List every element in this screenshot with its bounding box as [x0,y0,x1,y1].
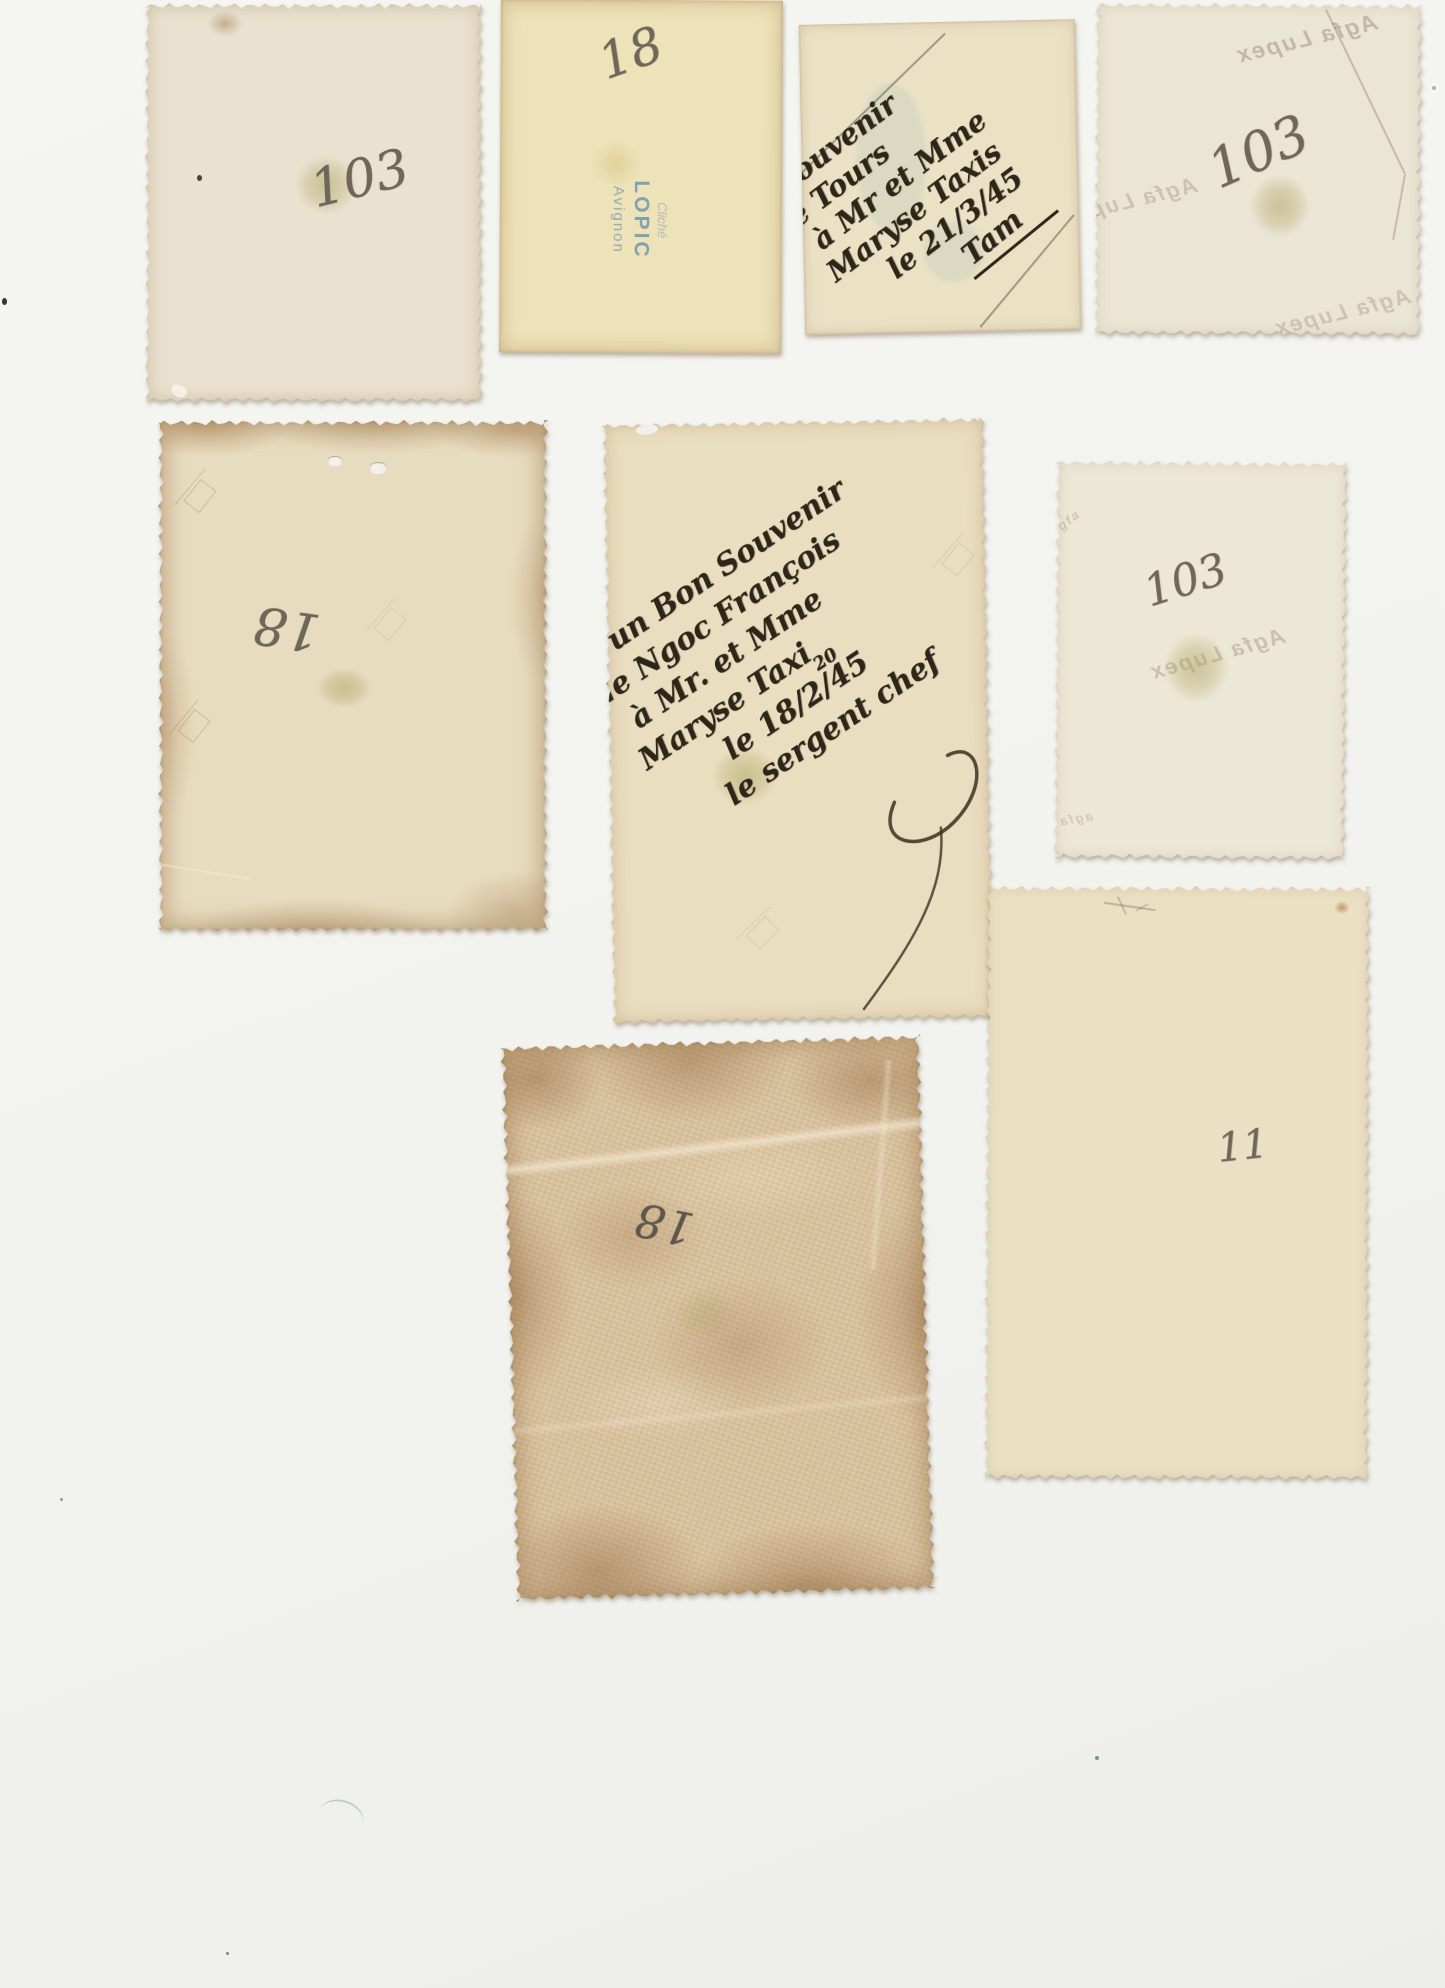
crease-line [1392,175,1406,240]
paper-chip [370,462,386,474]
dust-speck [1432,86,1436,90]
photo-back-7: agfa agfa Agfa Lupex 103 [1054,460,1349,861]
deckled-paper: 18 [158,420,548,932]
adhesive-stain [316,668,372,708]
photo-back-2: 18 Cliché LOPIC Avignon [499,0,783,354]
deckled-paper: 103 [145,3,483,403]
agfa-lupex-watermark: Agfa Lupex [1272,285,1413,337]
photo-back-1: 103 [145,3,483,403]
ink-dedication: un Bon Souvenir de Ngoc François à Mr. e… [602,417,995,869]
pencil-number: 11 [1215,1124,1270,1169]
straight-cut-paper: Souvenir de Tours à Mr et Mme Maryse Tax… [799,19,1081,335]
faint-teal-mark [314,1794,369,1842]
stamp-line: LOPIC [627,155,654,285]
foxing-blotch [1334,901,1350,915]
pencil-number: 103 [1139,547,1232,614]
straight-cut-paper: 18 Cliché LOPIC Avignon [499,0,783,354]
edge-toning [984,885,1371,1480]
agfa-watermark-small: agfa [1057,809,1093,828]
agfa-lupex-watermark: Agfa Lupex [1233,10,1380,67]
photo-back-6: un Bon Souvenir de Ngoc François à Mr. e… [602,417,995,1026]
photo-back-9: 11 [984,885,1371,1480]
photo-back-5: 18 [158,420,548,932]
agfa-watermark-small: agfa [1054,507,1083,538]
stamp-line: Cliché [653,155,670,285]
corner-chip [635,423,658,436]
green-speck [1095,1756,1099,1760]
deckled-paper: 11 [984,885,1371,1480]
corner-fold [169,382,189,400]
foxing-blotch [207,11,243,37]
pencil-number: 103 [305,142,414,216]
deckled-paper: 18 [500,1034,935,1602]
adhesive-stain [1163,633,1229,703]
dust-speck [60,1498,63,1501]
ink-dedication: Souvenir de Tours à Mr et Mme Maryse Tax… [799,19,1081,335]
dust-speck [2,298,7,305]
ghost-stamp-mark [737,906,786,956]
pencil-number: 18 [592,19,669,88]
photo-back-3: Souvenir de Tours à Mr et Mme Maryse Tax… [799,19,1081,335]
photographer-stamp: Cliché LOPIC Avignon [579,155,670,285]
agfa-lupex-watermark: Agfa Lupex [1094,174,1199,228]
deckled-paper: agfa agfa Agfa Lupex 103 [1054,460,1349,861]
stamp-line: Avignon [608,155,627,285]
deckled-paper: un Bon Souvenir de Ngoc François à Mr. e… [602,417,995,1026]
pencil-number: 18 [631,1196,697,1253]
photo-back-4: Agfa Lupex Agfa Lupex Agfa Lupex 103 [1094,2,1423,337]
photo-back-8: 18 [500,1034,935,1602]
dust-speck [226,1952,229,1955]
deckled-paper: Agfa Lupex Agfa Lupex Agfa Lupex 103 [1094,2,1423,337]
scanner-bed: 103 18 Cliché LOPIC Avignon Souvenir [0,0,1445,1988]
paper-chip [328,456,342,466]
pencil-number: 18 [251,598,324,659]
dark-speck [197,175,202,181]
